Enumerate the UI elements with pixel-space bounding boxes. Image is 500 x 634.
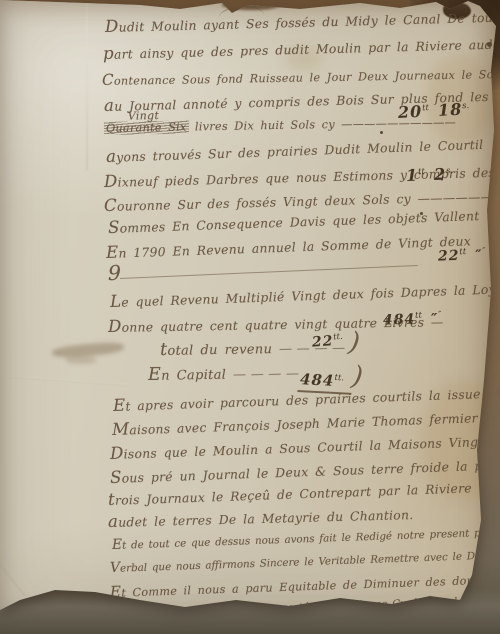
total-revenu-amount: 22tt. bbox=[311, 332, 343, 351]
manuscript-line: audet le terres De la Metayrie du Chanti… bbox=[108, 504, 414, 531]
paper-sheet: Dudit Moulin ayant Ses fossés du Midy le… bbox=[0, 0, 500, 634]
dash-leader: — — — — bbox=[233, 366, 298, 382]
flourish-rule bbox=[120, 265, 418, 279]
ink-speck bbox=[380, 131, 383, 134]
amount-livres-sols: 1tt2s. bbox=[406, 164, 454, 185]
manuscript-line: Le quel Revenu Multiplié Vingt deux fois… bbox=[110, 279, 496, 311]
amount-livres: 484tt″″ bbox=[383, 310, 442, 329]
capital-row: En Capital — — — — bbox=[148, 362, 298, 385]
paper-crease bbox=[86, 0, 88, 170]
capital-label: En Capital bbox=[148, 368, 226, 384]
paper-wrap: Dudit Moulin ayant Ses fossés du Midy le… bbox=[0, 0, 500, 634]
total-revenu-label: total du revenu bbox=[160, 342, 272, 359]
amount-livres-sols: 20tt18s. bbox=[398, 99, 470, 122]
paper-crease bbox=[10, 376, 130, 386]
amount-livres: 22tt″″ bbox=[438, 246, 486, 264]
struck-word: Quarante Six bbox=[104, 121, 189, 135]
paper-crease bbox=[0, 484, 25, 596]
manuscript-line: ayons trouvés Sur des prairies Dudit Mou… bbox=[106, 134, 484, 166]
manuscript-photo: Dudit Moulin ayant Ses fossés du Midy le… bbox=[0, 0, 500, 634]
ink-smudge bbox=[66, 356, 96, 364]
flourish-glyph: 9 bbox=[108, 261, 121, 285]
manuscript-line: Dudit Moulin ayant Ses fossés du Midy le… bbox=[105, 7, 500, 36]
